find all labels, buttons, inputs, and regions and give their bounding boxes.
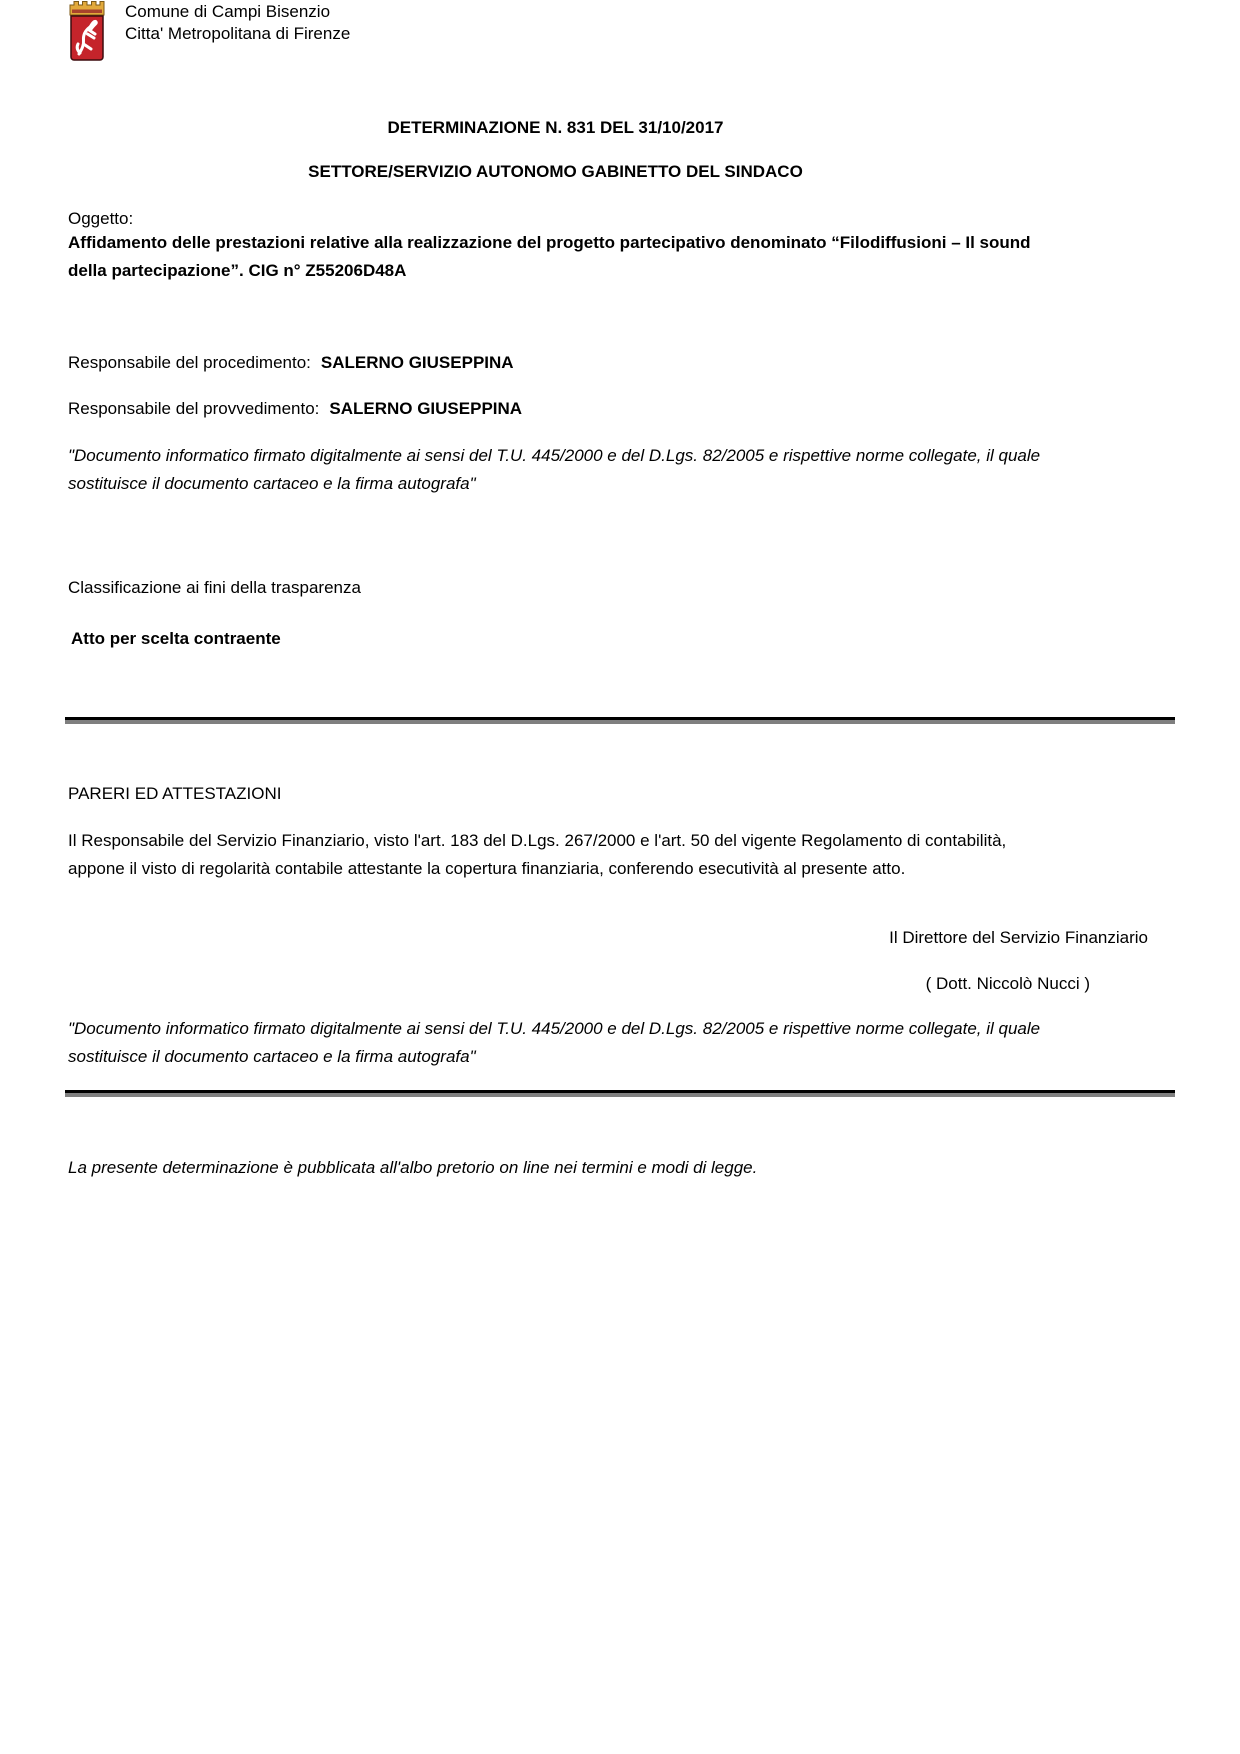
section-divider (65, 1090, 1175, 1097)
sector-title: SETTORE/SERVIZIO AUTONOMO GABINETTO DEL … (68, 158, 1043, 186)
section-divider (65, 717, 1175, 724)
responsible-procedure-name: SALERNO GIUSEPPINA (321, 353, 514, 372)
digital-signature-note: "Documento informatico firmato digitalme… (68, 1015, 1043, 1071)
determination-title: DETERMINAZIONE N. 831 DEL 31/10/2017 (68, 114, 1043, 142)
document-page: Comune di Campi Bisenzio Citta' Metropol… (0, 0, 1240, 1754)
classification-label: Classificazione ai fini della trasparenz… (68, 574, 1043, 602)
org-subtitle: Citta' Metropolitana di Firenze (125, 23, 350, 45)
organization-block: Comune di Campi Bisenzio Citta' Metropol… (125, 0, 350, 45)
municipal-crest-icon (65, 0, 109, 62)
pareri-body: Il Responsabile del Servizio Finanziario… (68, 827, 1053, 883)
shield-icon (71, 16, 103, 60)
responsible-procedure-label: Responsabile del procedimento: (68, 353, 311, 372)
subject-text: Affidamento delle prestazioni relative a… (68, 229, 1043, 285)
org-name: Comune di Campi Bisenzio (125, 1, 350, 23)
classification-value: Atto per scelta contraente (71, 625, 281, 653)
digital-signature-note: "Documento informatico firmato digitalme… (68, 442, 1043, 498)
document-header: Comune di Campi Bisenzio Citta' Metropol… (65, 0, 350, 62)
responsible-procedure-row: Responsabile del procedimento:SALERNO GI… (68, 349, 1043, 377)
pareri-heading: PARERI ED ATTESTAZIONI (68, 780, 1043, 808)
responsible-provision-name: SALERNO GIUSEPPINA (329, 399, 522, 418)
signature-name: ( Dott. Niccolò Nucci ) (926, 970, 1090, 998)
signature-role: Il Direttore del Servizio Finanziario (889, 924, 1148, 952)
responsible-provision-row: Responsabile del provvedimento:SALERNO G… (68, 395, 1043, 423)
responsible-provision-label: Responsabile del provvedimento: (68, 399, 319, 418)
publication-note: La presente determinazione è pubblicata … (68, 1154, 1068, 1182)
